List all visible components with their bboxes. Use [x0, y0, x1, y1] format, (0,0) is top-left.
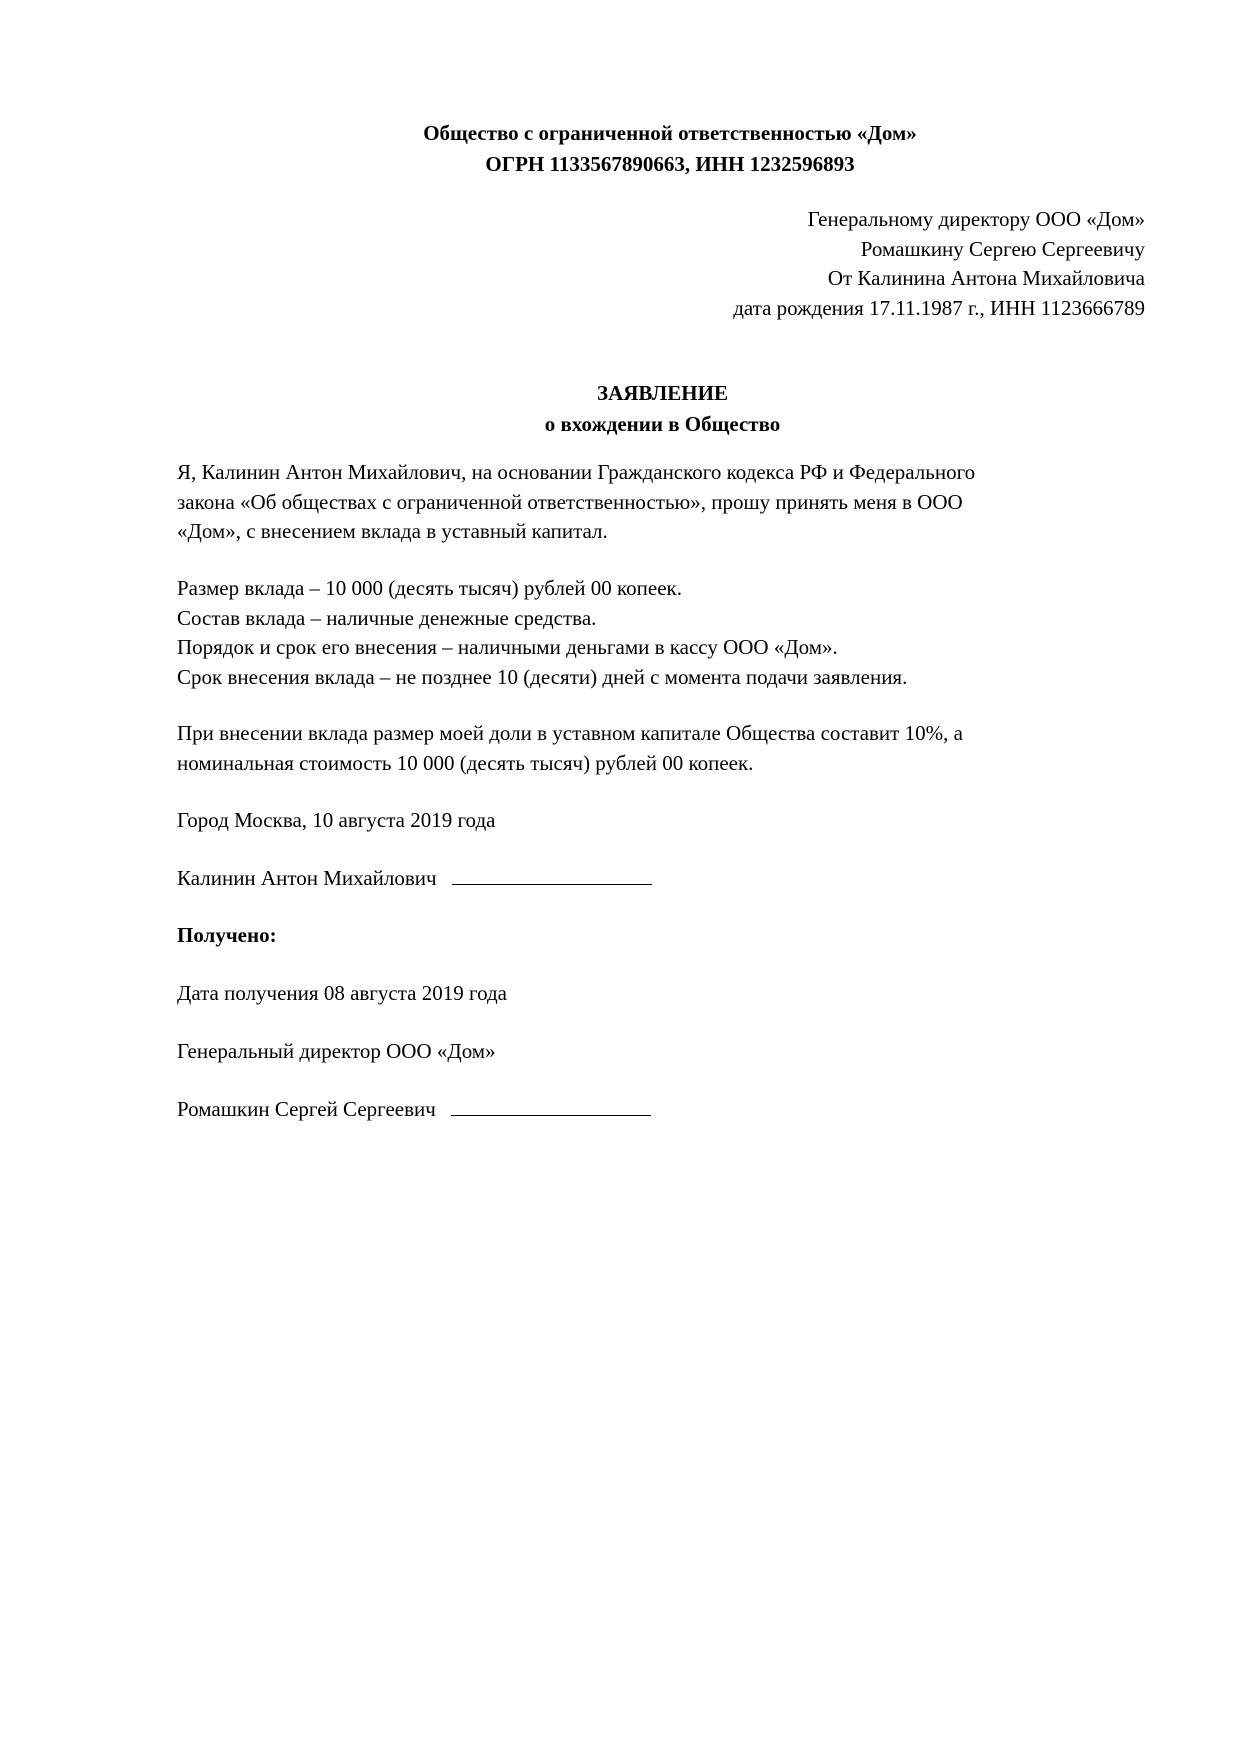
sender-details: дата рождения 17.11.1987 г., ИНН 1123666…	[733, 294, 1145, 324]
contribution-deadline: Срок внесения вклада – не позднее 10 (де…	[177, 663, 1157, 693]
document-page: Общество с ограниченной ответственностью…	[0, 0, 1240, 1754]
contribution-composition: Состав вклада – наличные денежные средст…	[177, 604, 1157, 634]
applicant-name: Калинин Антон Михайлович	[177, 866, 437, 890]
received-position: Генеральный директор ООО «Дом»	[177, 1037, 1157, 1067]
received-date-block: Дата получения 08 августа 2019 года	[177, 979, 1157, 1009]
text-line: закона «Об обществах с ограниченной отве…	[177, 488, 1157, 518]
share-paragraph: При внесении вклада размер моей доли в у…	[177, 719, 1157, 778]
intro-paragraph: Я, Калинин Антон Михайлович, на основани…	[177, 458, 1157, 547]
text-line: «Дом», с внесением вклада в уставный кап…	[177, 517, 1157, 547]
text-line: При внесении вклада размер моей доли в у…	[177, 719, 1157, 749]
place-date-text: Город Москва, 10 августа 2019 года	[177, 806, 1157, 836]
document-subtitle: о вхождении в Общество	[0, 409, 1240, 440]
applicant-signature: Калинин Антон Михайлович	[177, 864, 1157, 894]
text-line: Я, Калинин Антон Михайлович, на основани…	[177, 458, 1157, 488]
director-name: Ромашкин Сергей Сергеевич	[177, 1097, 436, 1121]
contribution-procedure: Порядок и срок его внесения – наличными …	[177, 633, 1157, 663]
addressee-block: Генеральному директору ООО «Дом» Ромашки…	[733, 205, 1145, 323]
director-signature: Ромашкин Сергей Сергеевич	[177, 1095, 1157, 1125]
company-registration: ОГРН 1133567890663, ИНН 1232596893	[0, 149, 1240, 180]
sender-name: От Калинина Антона Михайловича	[733, 264, 1145, 294]
text-line: номинальная стоимость 10 000 (десять тыс…	[177, 749, 1157, 779]
place-date: Город Москва, 10 августа 2019 года	[177, 806, 1157, 836]
contribution-amount: Размер вклада – 10 000 (десять тысяч) ру…	[177, 574, 1157, 604]
document-title: ЗАЯВЛЕНИЕ	[0, 378, 1240, 409]
received-date: Дата получения 08 августа 2019 года	[177, 979, 1157, 1009]
company-name: Общество с ограниченной ответственностью…	[0, 118, 1240, 149]
applicant-signature-line	[452, 866, 652, 885]
received-label: Получено:	[177, 921, 1157, 951]
addressee-position: Генеральному директору ООО «Дом»	[733, 205, 1145, 235]
received-position-block: Генеральный директор ООО «Дом»	[177, 1037, 1157, 1067]
addressee-name: Ромашкину Сергею Сергеевичу	[733, 235, 1145, 265]
company-header: Общество с ограниченной ответственностью…	[0, 118, 1240, 180]
document-title-block: ЗАЯВЛЕНИЕ о вхождении в Общество	[0, 378, 1240, 440]
director-signature-line	[451, 1097, 651, 1116]
received-label-block: Получено:	[177, 921, 1157, 951]
contribution-details: Размер вклада – 10 000 (десять тысяч) ру…	[177, 574, 1157, 692]
